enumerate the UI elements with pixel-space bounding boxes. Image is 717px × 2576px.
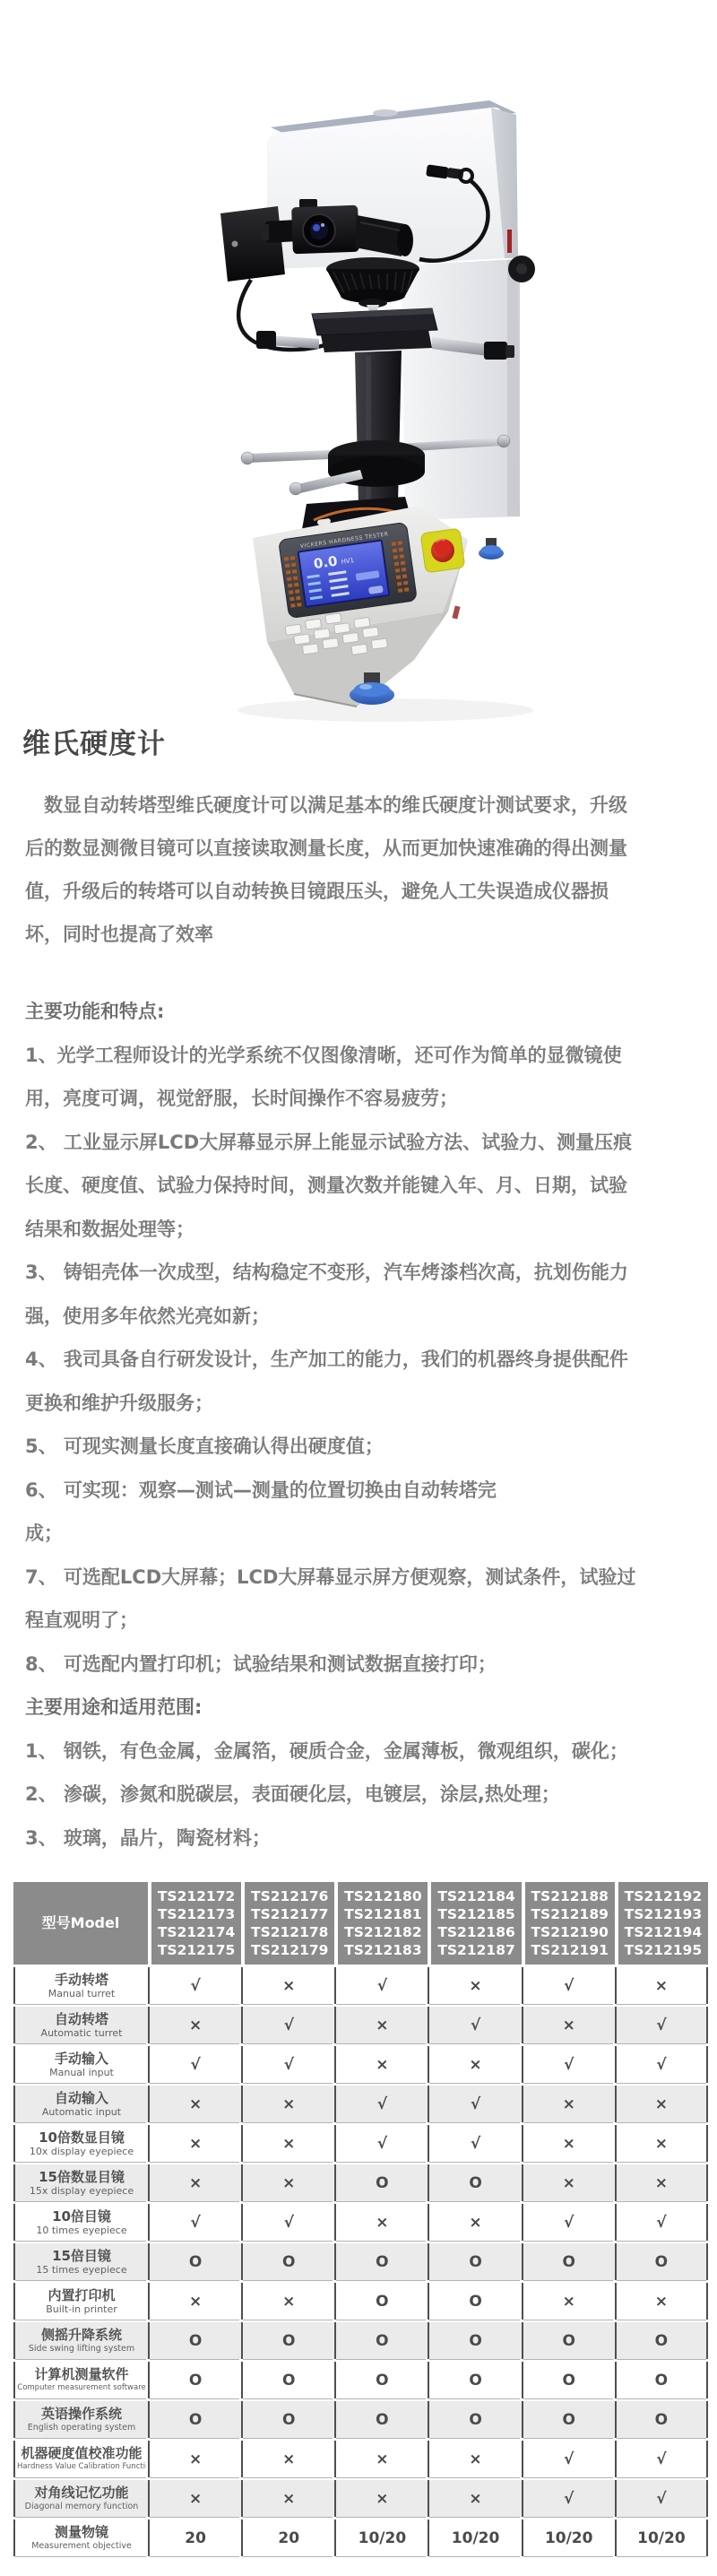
spec-value-cell: × xyxy=(148,2441,241,2477)
spec-value-cell: × xyxy=(334,2007,428,2043)
spec-value-cell: × xyxy=(241,2480,334,2517)
spec-row: 10倍目镜10 times eyepiece√√××√√ xyxy=(13,2204,708,2241)
uses-heading: 主要用途和适用范围: xyxy=(25,1686,695,1730)
spec-value-cell: O xyxy=(522,2243,615,2280)
spec-row: 自动输入Automatic input××√√×× xyxy=(13,2086,708,2122)
spec-value-cell: √ xyxy=(334,2125,428,2162)
vickers-hardness-tester-illustration: VICKERS HARDNESS TESTER 0.0 HV1 xyxy=(0,0,717,728)
spec-value-cell: × xyxy=(241,1967,334,2004)
spec-row-label: 手动转塔Manual turret xyxy=(13,1967,148,2004)
spec-value-cell: 10/20 xyxy=(334,2520,428,2556)
spec-value-cell: × xyxy=(615,2086,708,2122)
spec-value-cell: O xyxy=(241,2322,334,2359)
spec-value-cell: O xyxy=(334,2243,428,2280)
spec-row: 对角线记忆功能Diagonal memory function××××√√ xyxy=(13,2480,708,2517)
spec-value-cell: √ xyxy=(522,2204,615,2241)
spec-value-cell: √ xyxy=(334,1967,428,2004)
spec-value-cell: O xyxy=(334,2322,428,2359)
use-item: 1、 钢铁，有色金属，金属箔，硬质合金，金属薄板，微观组织，碳化； xyxy=(25,1730,695,1774)
spec-row: 15倍目镜15 times eyepieceOOOOOO xyxy=(13,2243,708,2280)
features-list: 1、光学工程师设计的光学系统不仅图像清晰，还可作为简单的显微镜使 用，亮度可调，… xyxy=(25,1034,695,1687)
spec-value-cell: O xyxy=(334,2401,428,2438)
spec-value-cell: √ xyxy=(428,2125,521,2162)
spec-value-cell: × xyxy=(522,2164,615,2201)
spec-row: 手动转塔Manual turret√×√×√× xyxy=(13,1967,708,2004)
spec-value-cell: O xyxy=(615,2322,708,2359)
spec-row: 英语操作系统English operating systemOOOOOO xyxy=(13,2401,708,2438)
spec-value-cell: O xyxy=(148,2322,241,2359)
spec-value-cell: O xyxy=(241,2243,334,2280)
spec-value-cell: √ xyxy=(522,2046,615,2083)
spec-value-cell: × xyxy=(148,2086,241,2122)
spec-row: 侧摇升降系统Side swing lifting systemOOOOOO xyxy=(13,2322,708,2359)
spec-value-cell: × xyxy=(522,2086,615,2122)
spec-value-cell: O xyxy=(428,2283,521,2320)
model-column-header: TS212176TS212177TS212178TS212179 xyxy=(241,1882,334,1965)
spec-value-cell: O xyxy=(428,2322,521,2359)
spec-value-cell: √ xyxy=(428,2007,521,2043)
uses-list: 1、 钢铁，有色金属，金属箔，硬质合金，金属薄板，微观组织，碳化；2、 渗碳，渗… xyxy=(25,1730,695,1860)
spec-row-label: 10倍目镜10 times eyepiece xyxy=(13,2204,148,2241)
feature-item: 2、 工业显示屏LCD大屏幕显示屏上能显示试验方法、试验力、测量压痕 长度、硬度… xyxy=(25,1121,695,1252)
model-header-row: 型号Model TS212172TS212173TS212174TS212175… xyxy=(13,1882,708,1965)
spec-value-cell: × xyxy=(148,2125,241,2162)
spec-value-cell: √ xyxy=(148,2046,241,2083)
use-item: 2、 渗碳，渗氮和脱碳层，表面硬化层，电镀层，涂层,热处理； xyxy=(25,1773,695,1817)
side-logo-stripe xyxy=(507,230,512,253)
spec-value-cell: × xyxy=(522,2007,615,2043)
model-column-header: TS212188TS212189TS212190TS212191 xyxy=(522,1882,615,1965)
spec-value-cell: × xyxy=(615,2164,708,2201)
spec-value-cell: O xyxy=(428,2401,521,2438)
side-knob xyxy=(508,256,535,282)
spec-row-label: 15倍目镜15 times eyepiece xyxy=(13,2243,148,2280)
spec-row-label: 自动输入Automatic input xyxy=(13,2086,148,2122)
spec-value-cell: × xyxy=(522,2125,615,2162)
feature-item: 8、 可选配内置打印机；试验结果和测试数据直接打印； xyxy=(25,1643,695,1687)
intro-paragraph: 数显自动转塔型维氏硬度计可以满足基本的维氏硬度计测试要求，升级 后的数显测微目镜… xyxy=(25,784,695,956)
spec-row: 机器硬度值校准功能Hardness Value Calibration Func… xyxy=(13,2441,708,2477)
spec-value-cell: O xyxy=(428,2243,521,2280)
features-section: 主要功能和特点: 1、光学工程师设计的光学系统不仅图像清晰，还可作为简单的显微镜… xyxy=(25,990,695,1860)
spec-value-cell: O xyxy=(241,2362,334,2398)
spec-value-cell: O xyxy=(148,2362,241,2398)
spec-value-cell: 20 xyxy=(241,2520,334,2556)
spec-row-label: 侧摇升降系统Side swing lifting system xyxy=(13,2322,148,2359)
spec-value-cell: × xyxy=(148,2283,241,2320)
spec-value-cell: O xyxy=(522,2401,615,2438)
spec-value-cell: √ xyxy=(428,2086,521,2122)
micrometer-right xyxy=(484,342,507,360)
spec-value-cell: O xyxy=(522,2362,615,2398)
machine-tower xyxy=(402,259,520,520)
spec-row: 测量物镜Measurement objective202010/2010/201… xyxy=(13,2520,708,2556)
spec-value-cell: √ xyxy=(615,2441,708,2477)
spec-row-label: 对角线记忆功能Diagonal memory function xyxy=(13,2480,148,2517)
spec-value-cell: √ xyxy=(615,2204,708,2241)
spec-value-cell: √ xyxy=(241,2007,334,2043)
feature-item: 7、 可选配LCD大屏幕；LCD大屏幕显示屏方便观察，测试条件，试验过 程直观明… xyxy=(25,1556,695,1643)
spec-value-cell: × xyxy=(148,2007,241,2043)
spec-value-cell: × xyxy=(428,2046,521,2083)
feature-item: 3、 铸铝壳体一次成型，结构稳定不变形，汽车烤漆档次高，抗划伤能力 强，使用多年… xyxy=(25,1251,695,1338)
spec-value-cell: × xyxy=(334,2480,428,2517)
spec-row-label: 手动输入Manual input xyxy=(13,2046,148,2083)
spec-row-label: 测量物镜Measurement objective xyxy=(13,2520,148,2556)
spec-value-cell: O xyxy=(615,2362,708,2398)
features-heading: 主要功能和特点: xyxy=(25,990,695,1034)
model-column-header: TS212172TS212173TS212174TS212175 xyxy=(148,1882,241,1965)
spec-value-cell: 10/20 xyxy=(428,2520,521,2556)
spec-value-cell: O xyxy=(334,2283,428,2320)
spec-value-cell: √ xyxy=(148,2204,241,2241)
spec-value-cell: × xyxy=(241,2164,334,2201)
spec-value-cell: √ xyxy=(334,2086,428,2122)
micrometer-left xyxy=(256,331,276,349)
rear-foot xyxy=(479,538,504,559)
spec-value-cell: × xyxy=(334,2204,428,2241)
spec-row-label: 内置打印机Built-in printer xyxy=(13,2283,148,2320)
spec-value-cell: × xyxy=(428,2480,521,2517)
spec-value-cell: O xyxy=(428,2362,521,2398)
spec-value-cell: √ xyxy=(148,1967,241,2004)
spec-row: 自动转塔Automatic turret×√×√×√ xyxy=(13,2007,708,2043)
spec-value-cell: O xyxy=(148,2243,241,2280)
spec-value-cell: × xyxy=(241,2441,334,2477)
spec-value-cell: √ xyxy=(241,2204,334,2241)
spec-value-cell: × xyxy=(334,2441,428,2477)
spec-value-cell: × xyxy=(615,1967,708,2004)
spec-value-cell: × xyxy=(148,2164,241,2201)
spec-row: 内置打印机Built-in printer××OO×× xyxy=(13,2283,708,2320)
spec-row: 手动输入Manual input√√××√√ xyxy=(13,2046,708,2083)
spec-value-cell: O xyxy=(241,2401,334,2438)
spec-value-cell: × xyxy=(334,2046,428,2083)
spec-row-label: 自动转塔Automatic turret xyxy=(13,2007,148,2043)
spec-row: 计算机测量软件Computer measurement softwareOOOO… xyxy=(13,2362,708,2398)
product-page: VICKERS HARDNESS TESTER 0.0 HV1 xyxy=(0,0,717,2576)
spec-value-cell: 10/20 xyxy=(522,2520,615,2556)
emergency-stop-button xyxy=(420,528,465,573)
spec-row-label: 英语操作系统English operating system xyxy=(13,2401,148,2438)
spec-value-cell: × xyxy=(615,2125,708,2162)
spec-row-label: 机器硬度值校准功能Hardness Value Calibration Func… xyxy=(13,2441,148,2477)
spec-value-cell: √ xyxy=(615,2480,708,2517)
page-title: 维氏硬度计 xyxy=(22,728,695,760)
spec-value-cell: O xyxy=(428,2164,521,2201)
spec-value-cell: √ xyxy=(241,2046,334,2083)
spec-value-cell: √ xyxy=(522,1967,615,2004)
model-header-label: 型号Model xyxy=(13,1882,148,1965)
feature-item: 4、 我司具备自行研发设计，生产加工的能力，我们的机器终身提供配件 更换和维护升… xyxy=(25,1338,695,1425)
spec-value-cell: × xyxy=(241,2283,334,2320)
spec-row: 10倍数显目镜10x display eyepiece××√√×× xyxy=(13,2125,708,2162)
spec-value-cell: 20 xyxy=(148,2520,241,2556)
spec-row: 15倍数显目镜15x display eyepiece××OO×× xyxy=(13,2164,708,2201)
product-photo: VICKERS HARDNESS TESTER 0.0 HV1 xyxy=(0,0,717,728)
spec-value-cell: O xyxy=(334,2362,428,2398)
use-item: 3、 玻璃，晶片，陶瓷材料； xyxy=(25,1817,695,1860)
spec-value-cell: × xyxy=(428,1967,521,2004)
lcd-value: 0.0 xyxy=(313,553,339,573)
spec-value-cell: × xyxy=(241,2086,334,2122)
spec-value-cell: × xyxy=(428,2441,521,2477)
spec-row-label: 15倍数显目镜15x display eyepiece xyxy=(13,2164,148,2201)
spec-value-cell: 10/20 xyxy=(615,2520,708,2556)
spec-value-cell: × xyxy=(241,2125,334,2162)
spec-value-cell: O xyxy=(615,2401,708,2438)
model-column-header: TS212184TS212185TS212186TS212187 xyxy=(428,1882,521,1965)
spec-table: 型号Model TS212172TS212173TS212174TS212175… xyxy=(13,1879,708,2559)
spec-value-cell: × xyxy=(148,2480,241,2517)
spec-value-cell: × xyxy=(522,2283,615,2320)
feature-item: 6、 可实现：观察—测试—测量的位置切换由自动转塔完 成； xyxy=(25,1469,695,1556)
spec-value-cell: √ xyxy=(615,2007,708,2043)
model-column-header: TS212180TS212181TS212182TS212183 xyxy=(334,1882,428,1965)
spec-row-label: 计算机测量软件Computer measurement software xyxy=(13,2362,148,2398)
spec-value-cell: O xyxy=(615,2243,708,2280)
spec-row-label: 10倍数显目镜10x display eyepiece xyxy=(13,2125,148,2162)
model-column-header: TS212192TS212193TS212194TS212195 xyxy=(615,1882,708,1965)
spec-value-cell: × xyxy=(428,2204,521,2241)
spec-value-cell: O xyxy=(522,2322,615,2359)
spec-value-cell: √ xyxy=(522,2441,615,2477)
feature-item: 1、光学工程师设计的光学系统不仅图像清晰，还可作为简单的显微镜使 用，亮度可调，… xyxy=(25,1034,695,1121)
spec-value-cell: × xyxy=(615,2283,708,2320)
spec-value-cell: O xyxy=(334,2164,428,2201)
feature-item: 5、 可现实测量长度直接确认得出硬度值； xyxy=(25,1425,695,1469)
spec-value-cell: √ xyxy=(615,2046,708,2083)
spec-value-cell: O xyxy=(148,2401,241,2438)
spec-value-cell: √ xyxy=(522,2480,615,2517)
